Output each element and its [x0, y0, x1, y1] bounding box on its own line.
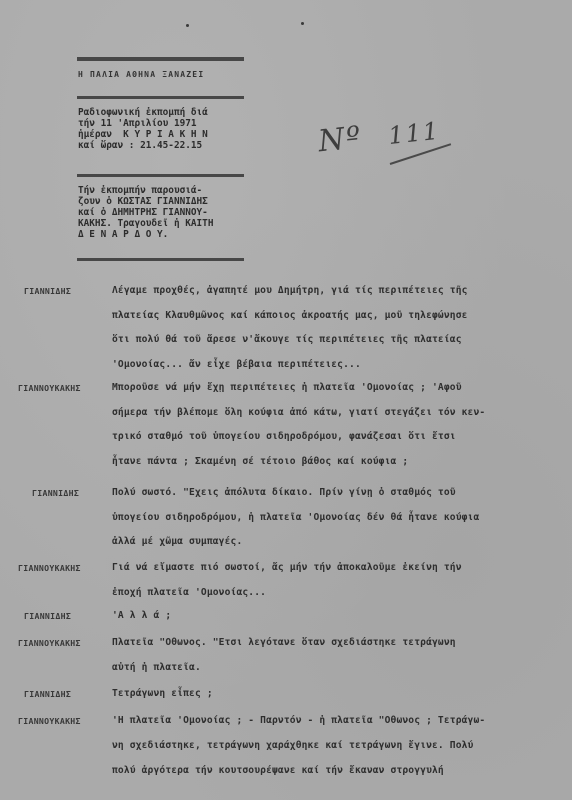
presenters-info: Τήν ἐκπομπήν παρουσιά-ζουν ὁ ΚΩΣΤΑΣ ΓΙΑΝ… [78, 185, 248, 240]
header-rule-top [77, 57, 244, 61]
broadcast-info-line: καί ὥραν : 21.45-22.15 [78, 140, 248, 151]
dialogue-line: ἀλλά μέ χῶμα συμπαγές. [112, 536, 242, 547]
header-rule-bottom [77, 258, 244, 261]
header-rule [77, 96, 244, 99]
speaker-name: ΓΙΑΝΝΙΔΗΣ [24, 611, 71, 621]
dialogue-line: Πλατεῖα "Οθωνος. "Ετσι λεγότανε ὅταν σχε… [112, 637, 456, 648]
dialogue-line: σήμερα τήν βλέπομε ὅλη κούφια ἀπό κάτω, … [112, 407, 485, 418]
speaker-name: ΓΙΑΝΝΙΔΗΣ [24, 689, 71, 699]
dialogue-line: πλατείας Κλαυθμῶνος καί κάποιος ἀκροατής… [112, 310, 468, 321]
presenters-info-line: ζουν ὁ ΚΩΣΤΑΣ ΓΙΑΝΝΙΔΗΣ [78, 196, 248, 207]
dialogue-line: ἦτανε πάντα ; Σκαμένη σέ τέτοιο βάθος κα… [112, 456, 408, 467]
dialogue-line: Τετράγωνη εἶπες ; [112, 688, 213, 699]
typewritten-page: Η ΠΑΛΙΑ ΑΘΗΝΑ ΞΑΝΑΖΕΙ Ραδιοφωνική ἐκπομπ… [0, 0, 572, 800]
dialogue-line: Λέγαμε προχθές, ἀγαπητέ μου Δημήτρη, γιά… [112, 285, 468, 296]
presenters-info-line: καί ὁ ΔΗΜΗΤΡΗΣ ΓΙΑΝΝΟΥ- [78, 207, 248, 218]
dialogue-line: πολύ ἀργότερα τήν κουτσουρέψανε καί τήν … [112, 765, 444, 776]
presenters-info-line: ΚΑΚΗΣ. Τραγουδεῖ ἡ ΚΑΙΤΗ [78, 218, 248, 229]
dialogue-line: νη σχεδιάστηκε, τετράγωνη χαράχθηκε καί … [112, 740, 473, 751]
dialogue-line: 'Η πλατεῖα 'Ομονοίας ; - Παρντόν - ἡ πλα… [112, 715, 485, 726]
dialogue-line: ἐποχή πλατεῖα 'Ομονοίας... [112, 587, 266, 598]
dialogue-line: αὐτή ἡ πλατεῖα. [112, 662, 201, 673]
speaker-name: ΓΙΑΝΝΙΔΗΣ [24, 286, 71, 296]
header-rule [77, 174, 244, 177]
number-value: 111 [387, 117, 441, 150]
speaker-name: ΓΙΑΝΝΙΔΗΣ [32, 488, 79, 498]
dialogue-line: 'Ομονοίας... ἄν εἶχε βέβαια περιπέτειες.… [112, 359, 361, 370]
dialogue-line: Μποροῦσε νά μήν ἔχῃ περιπέτειες ἡ πλατεῖ… [112, 382, 462, 393]
dialogue-line: Πολύ σωστό. "Εχεις ἀπόλυτα δίκαιο. Πρίν … [112, 487, 456, 498]
presenters-info-line: Δ Ε Ν Α Ρ Δ Ο Υ. [78, 229, 248, 240]
speaker-name: ΓΙΑΝΝΟΥΚΑΚΗΣ [18, 563, 81, 573]
dialogue-line: ὑπογείου σιδηροδρόμου, ἡ πλατεῖα 'Ομονοί… [112, 512, 479, 523]
dialogue-line: 'Α λ λ ά ; [112, 610, 171, 621]
ink-speck [186, 24, 189, 27]
broadcast-info-line: ἡμέραν Κ Υ Ρ Ι Α Κ Η Ν [78, 129, 248, 140]
speaker-name: ΓΙΑΝΝΟΥΚΑΚΗΣ [18, 716, 81, 726]
speaker-name: ΓΙΑΝΝΟΥΚΑΚΗΣ [18, 638, 81, 648]
broadcast-info-line: Ραδιοφωνική ἐκπομπή διά [78, 107, 248, 118]
speaker-name: ΓΙΑΝΝΟΥΚΑΚΗΣ [18, 383, 81, 393]
broadcast-info: Ραδιοφωνική ἐκπομπή διάτήν 11 'Απριλίου … [78, 107, 248, 151]
ink-speck [301, 22, 304, 25]
dialogue-line: τρικό σταθμό τοῦ ὑπογείου σιδηροδρόμου, … [112, 431, 456, 442]
broadcast-info-line: τήν 11 'Απριλίου 1971 [78, 118, 248, 129]
program-title: Η ΠΑΛΙΑ ΑΘΗΝΑ ΞΑΝΑΖΕΙ [78, 70, 244, 79]
dialogue-line: ὅτι πολύ θά τοῦ ἄρεσε ν'ἄκουγε τίς περιπ… [112, 334, 462, 345]
number-sign: Nº [317, 120, 365, 159]
dialogue-line: Γιά νά εἴμαστε πιό σωστοί, ἄς μήν τήν ἀπ… [112, 562, 462, 573]
presenters-info-line: Τήν ἐκπομπήν παρουσιά- [78, 185, 248, 196]
